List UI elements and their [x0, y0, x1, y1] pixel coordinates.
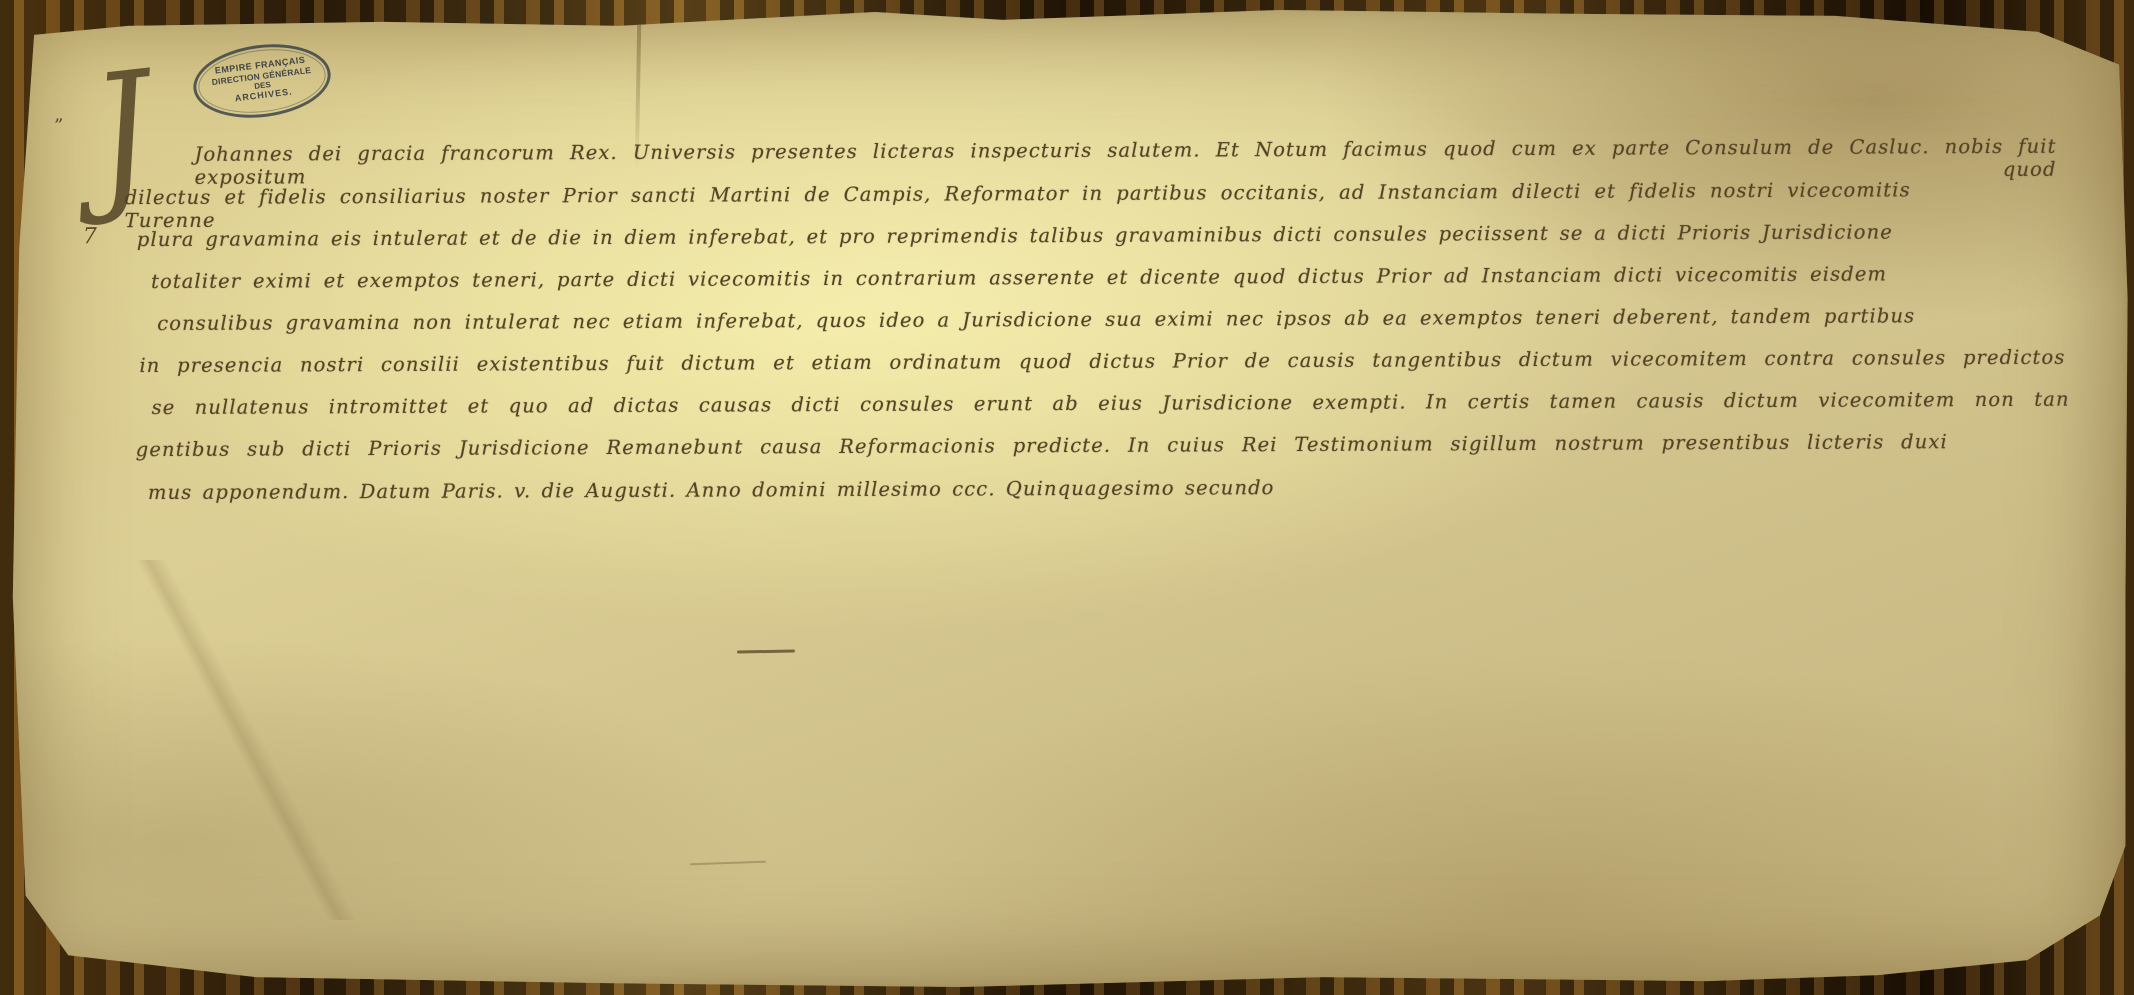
text-line-9-dating-clause: mus apponendum. Datum Paris. v. die Augu…: [148, 476, 1275, 504]
text-line-6: in presencia nostri consilii existentibu…: [139, 346, 2065, 377]
manuscript-photo: EMPIRE FRANÇAIS DIRECTION GÉNÉRALE DES A…: [0, 0, 2134, 995]
text-line-5: consulibus gravamina non intulerat nec e…: [157, 304, 1915, 335]
charter-text-block: J „ 7 Johannes dei gracia francorum Rex.…: [0, 0, 2134, 995]
text-line-8: gentibus sub dicti Prioris Jurisdicione …: [136, 430, 1948, 461]
text-line-4: totaliter eximi et exemptos teneri, part…: [151, 262, 1887, 293]
margin-seven-mark: 7: [83, 224, 97, 249]
parchment-sheet: EMPIRE FRANÇAIS DIRECTION GÉNÉRALE DES A…: [0, 0, 2134, 995]
text-line-7: se nullatenus intromittet et quo ad dict…: [152, 388, 2070, 419]
margin-quote-mark: „: [54, 104, 63, 125]
